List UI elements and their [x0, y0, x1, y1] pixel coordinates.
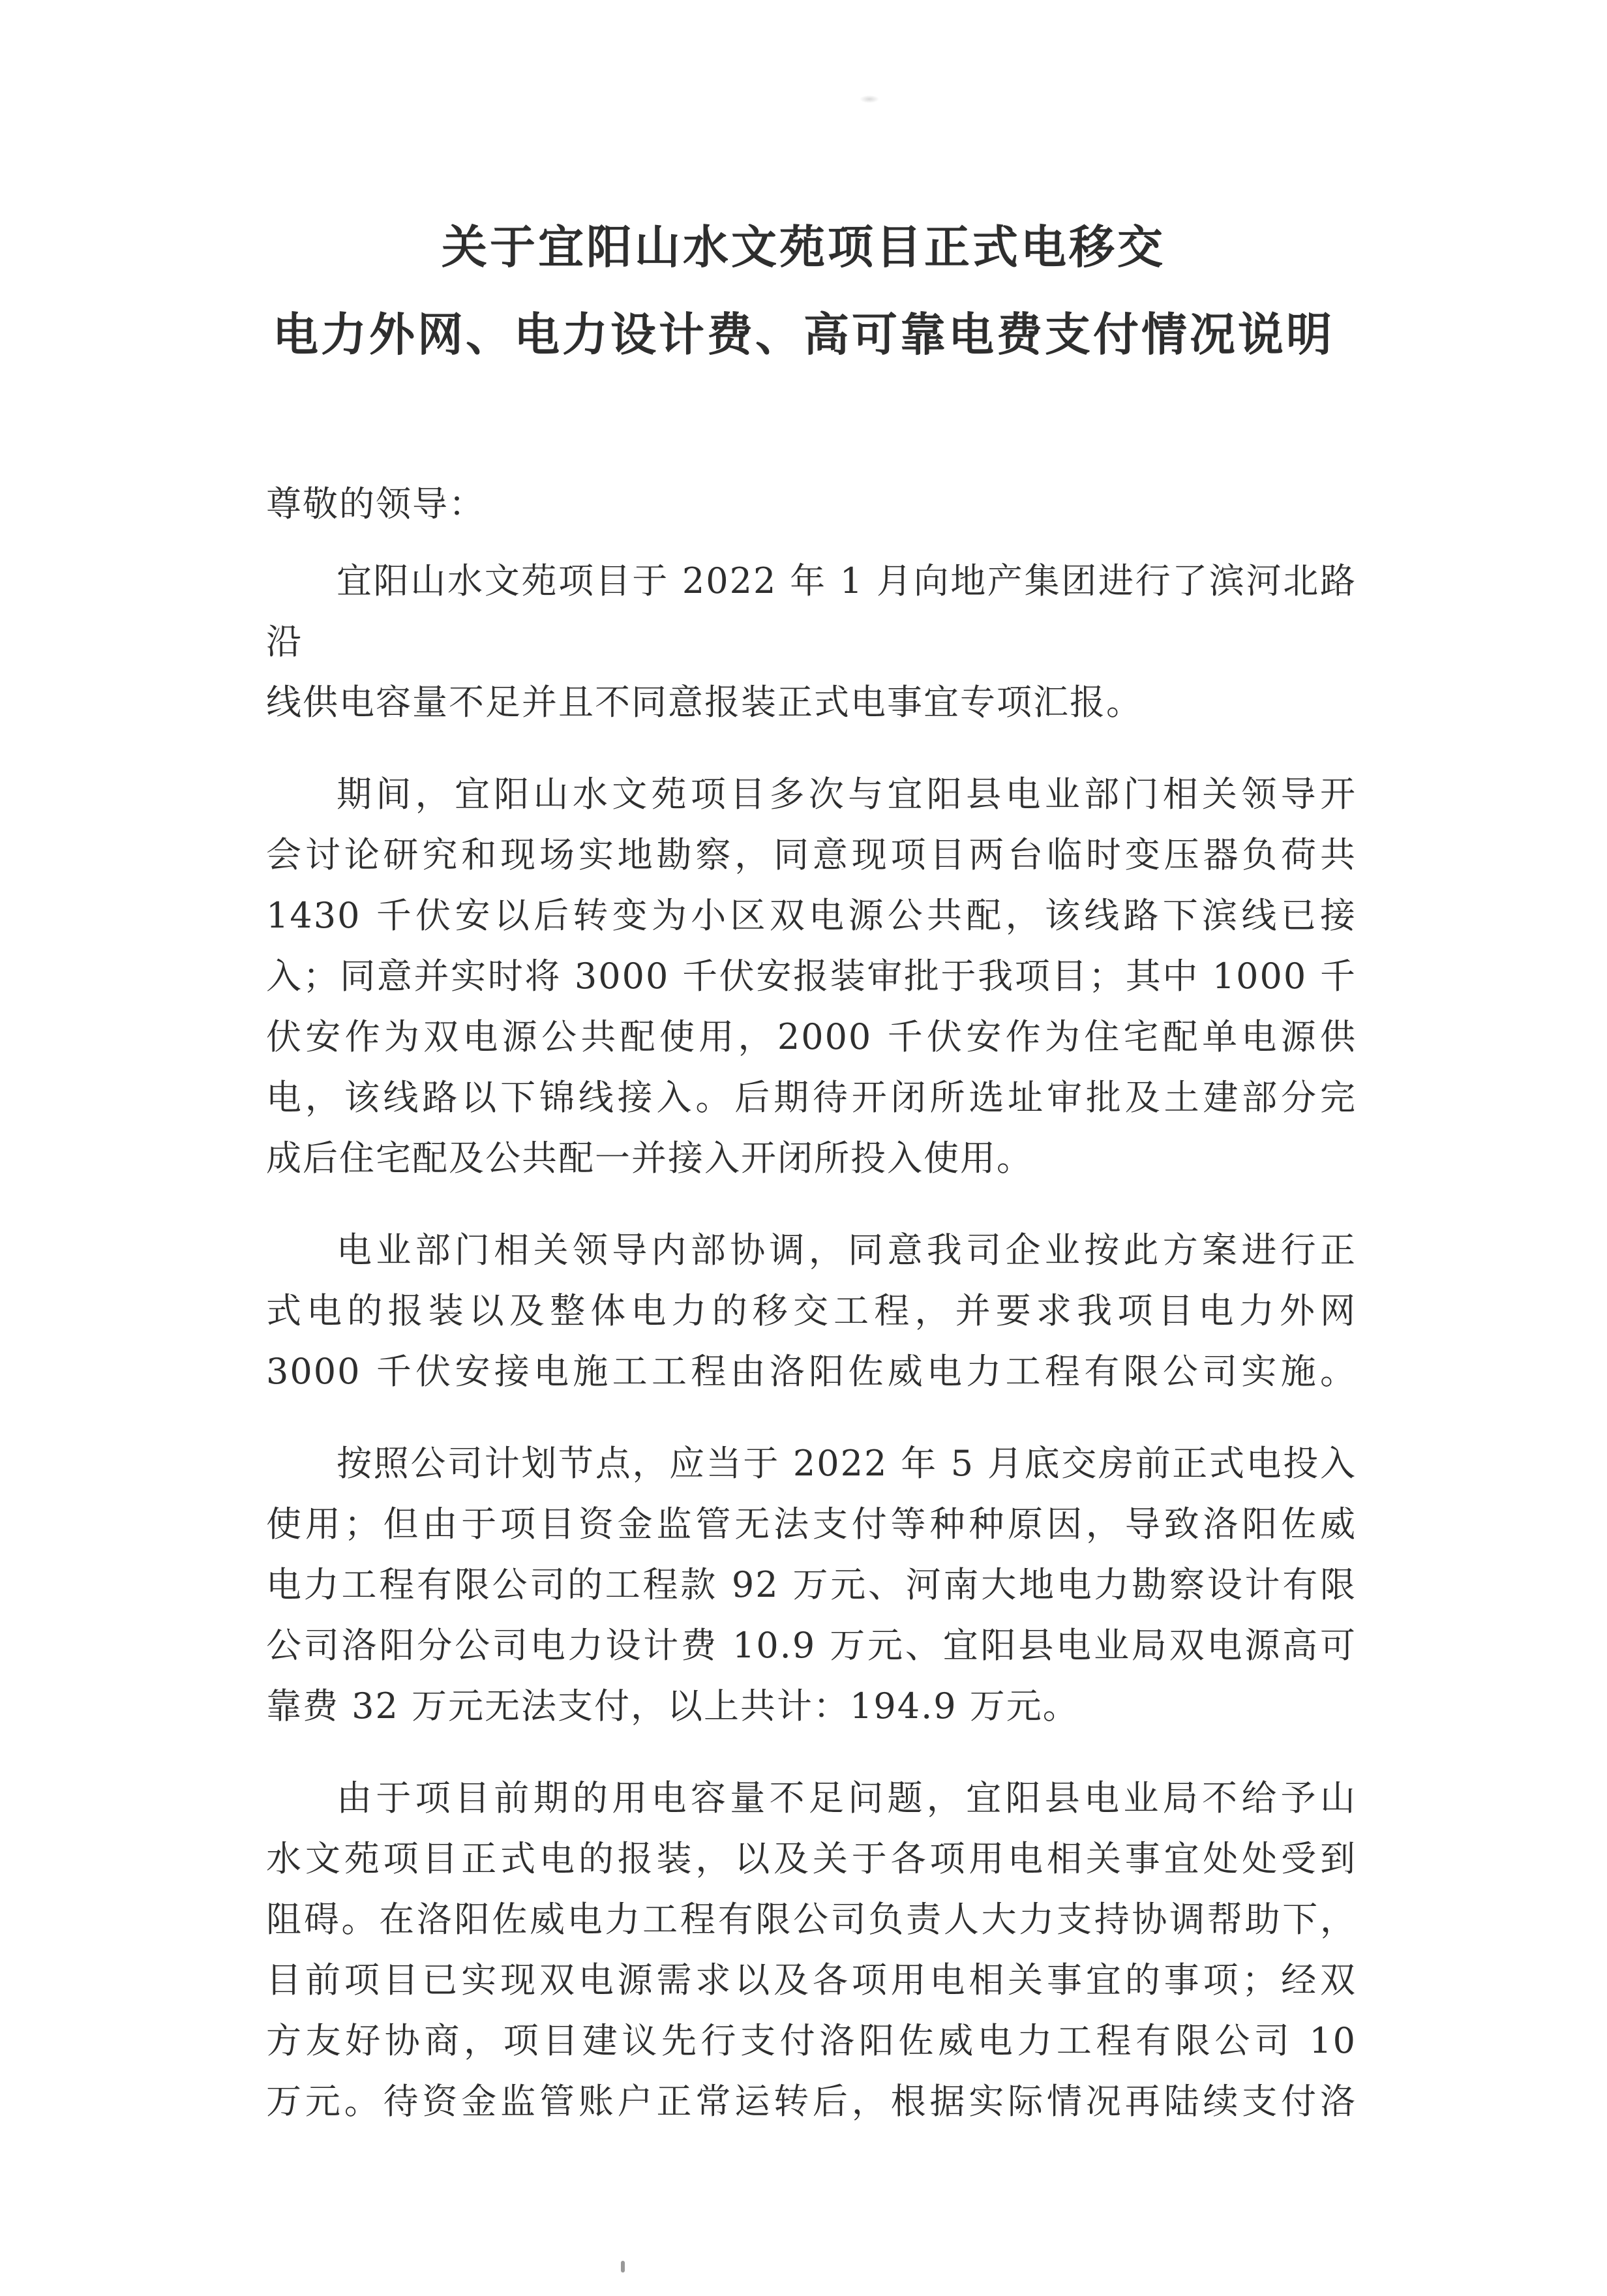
text-line: 目前项目已实现双电源需求以及各项用电相关事宜的事项；经双 [266, 1950, 1357, 2010]
text-line: 线供电容量不足并且不同意报装正式电事宜专项汇报。 [266, 672, 1357, 733]
text-line: 电业部门相关领导内部协调，同意我司企业按此方案进行正 [266, 1220, 1357, 1280]
text-line: 由于项目前期的用电容量不足问题，宜阳县电业局不给予山 [266, 1768, 1357, 1828]
paragraphs: 宜阳山水文苑项目于 2022 年 1 月向地产集团进行了滨河北路沿线供电容量不足… [266, 551, 1357, 2132]
text-line: 伏安作为双电源公共配使用，2000 千伏安作为住宅配单电源供 [266, 1006, 1357, 1067]
document-title: 关于宜阳山水文苑项目正式电移交 电力外网、电力设计费、高可靠电费支付情况说明 [0, 0, 1607, 378]
text-line: 电，该线路以下锦线接入。后期待开闭所选址审批及土建部分完 [266, 1067, 1357, 1128]
text-line: 式电的报装以及整体电力的移交工程，并要求我项目电力外网 [266, 1280, 1357, 1341]
text-line: 3000 千伏安接电施工工程由洛阳佐威电力工程有限公司实施。 [266, 1341, 1357, 1402]
paragraph: 按照公司计划节点，应当于 2022 年 5 月底交房前正式电投入使用；但由于项目… [266, 1433, 1357, 1736]
text-line: 靠费 32 万元无法支付，以上共计：194.9 万元。 [266, 1676, 1357, 1736]
text-line: 水文苑项目正式电的报装，以及关于各项用电相关事宜处处受到 [266, 1828, 1357, 1889]
paragraph: 期间，宜阳山水文苑项目多次与宜阳县电业部门相关领导开会讨论研究和现场实地勘察，同… [266, 764, 1357, 1188]
document-body: 尊敬的领导： 宜阳山水文苑项目于 2022 年 1 月向地产集团进行了滨河北路沿… [266, 474, 1357, 2132]
paragraph: 由于项目前期的用电容量不足问题，宜阳县电业局不给予山水文苑项目正式电的报装，以及… [266, 1768, 1357, 2132]
text-line: 万元。待资金监管账户正常运转后，根据实际情况再陆续支付洛 [266, 2071, 1357, 2132]
document-title-line-1: 关于宜阳山水文苑项目正式电移交 [0, 204, 1607, 291]
text-line: 入；同意并实时将 3000 千伏安报装审批于我项目；其中 1000 千 [266, 946, 1357, 1006]
text-line: 公司洛阳分公司电力设计费 10.9 万元、宜阳县电业局双电源高可 [266, 1615, 1357, 1676]
scan-mark-artifact [621, 2261, 625, 2273]
paragraph: 宜阳山水文苑项目于 2022 年 1 月向地产集团进行了滨河北路沿线供电容量不足… [266, 551, 1357, 733]
text-line: 宜阳山水文苑项目于 2022 年 1 月向地产集团进行了滨河北路沿 [266, 551, 1357, 672]
document-title-line-2: 电力外网、电力设计费、高可靠电费支付情况说明 [0, 291, 1607, 378]
salutation: 尊敬的领导： [266, 474, 1357, 534]
text-line: 使用；但由于项目资金监管无法支付等种种原因，导致洛阳佐威 [266, 1494, 1357, 1554]
text-line: 阻碍。在洛阳佐威电力工程有限公司负责人大力支持协调帮助下， [266, 1889, 1357, 1950]
paragraph: 电业部门相关领导内部协调，同意我司企业按此方案进行正式电的报装以及整体电力的移交… [266, 1220, 1357, 1402]
text-line: 1430 千伏安以后转变为小区双电源公共配，该线路下滨线已接 [266, 885, 1357, 946]
text-line: 期间，宜阳山水文苑项目多次与宜阳县电业部门相关领导开 [266, 764, 1357, 824]
text-line: 方友好协商，项目建议先行支付洛阳佐威电力工程有限公司 10 [266, 2010, 1357, 2071]
text-line: 会讨论研究和现场实地勘察，同意现项目两台临时变压器负荷共 [266, 824, 1357, 885]
text-line: 电力工程有限公司的工程款 92 万元、河南大地电力勘察设计有限 [266, 1554, 1357, 1615]
text-line: 成后住宅配及公共配一并接入开闭所投入使用。 [266, 1128, 1357, 1188]
text-line: 按照公司计划节点，应当于 2022 年 5 月底交房前正式电投入 [266, 1433, 1357, 1494]
scanned-document-page: 关于宜阳山水文苑项目正式电移交 电力外网、电力设计费、高可靠电费支付情况说明 尊… [0, 0, 1607, 2296]
